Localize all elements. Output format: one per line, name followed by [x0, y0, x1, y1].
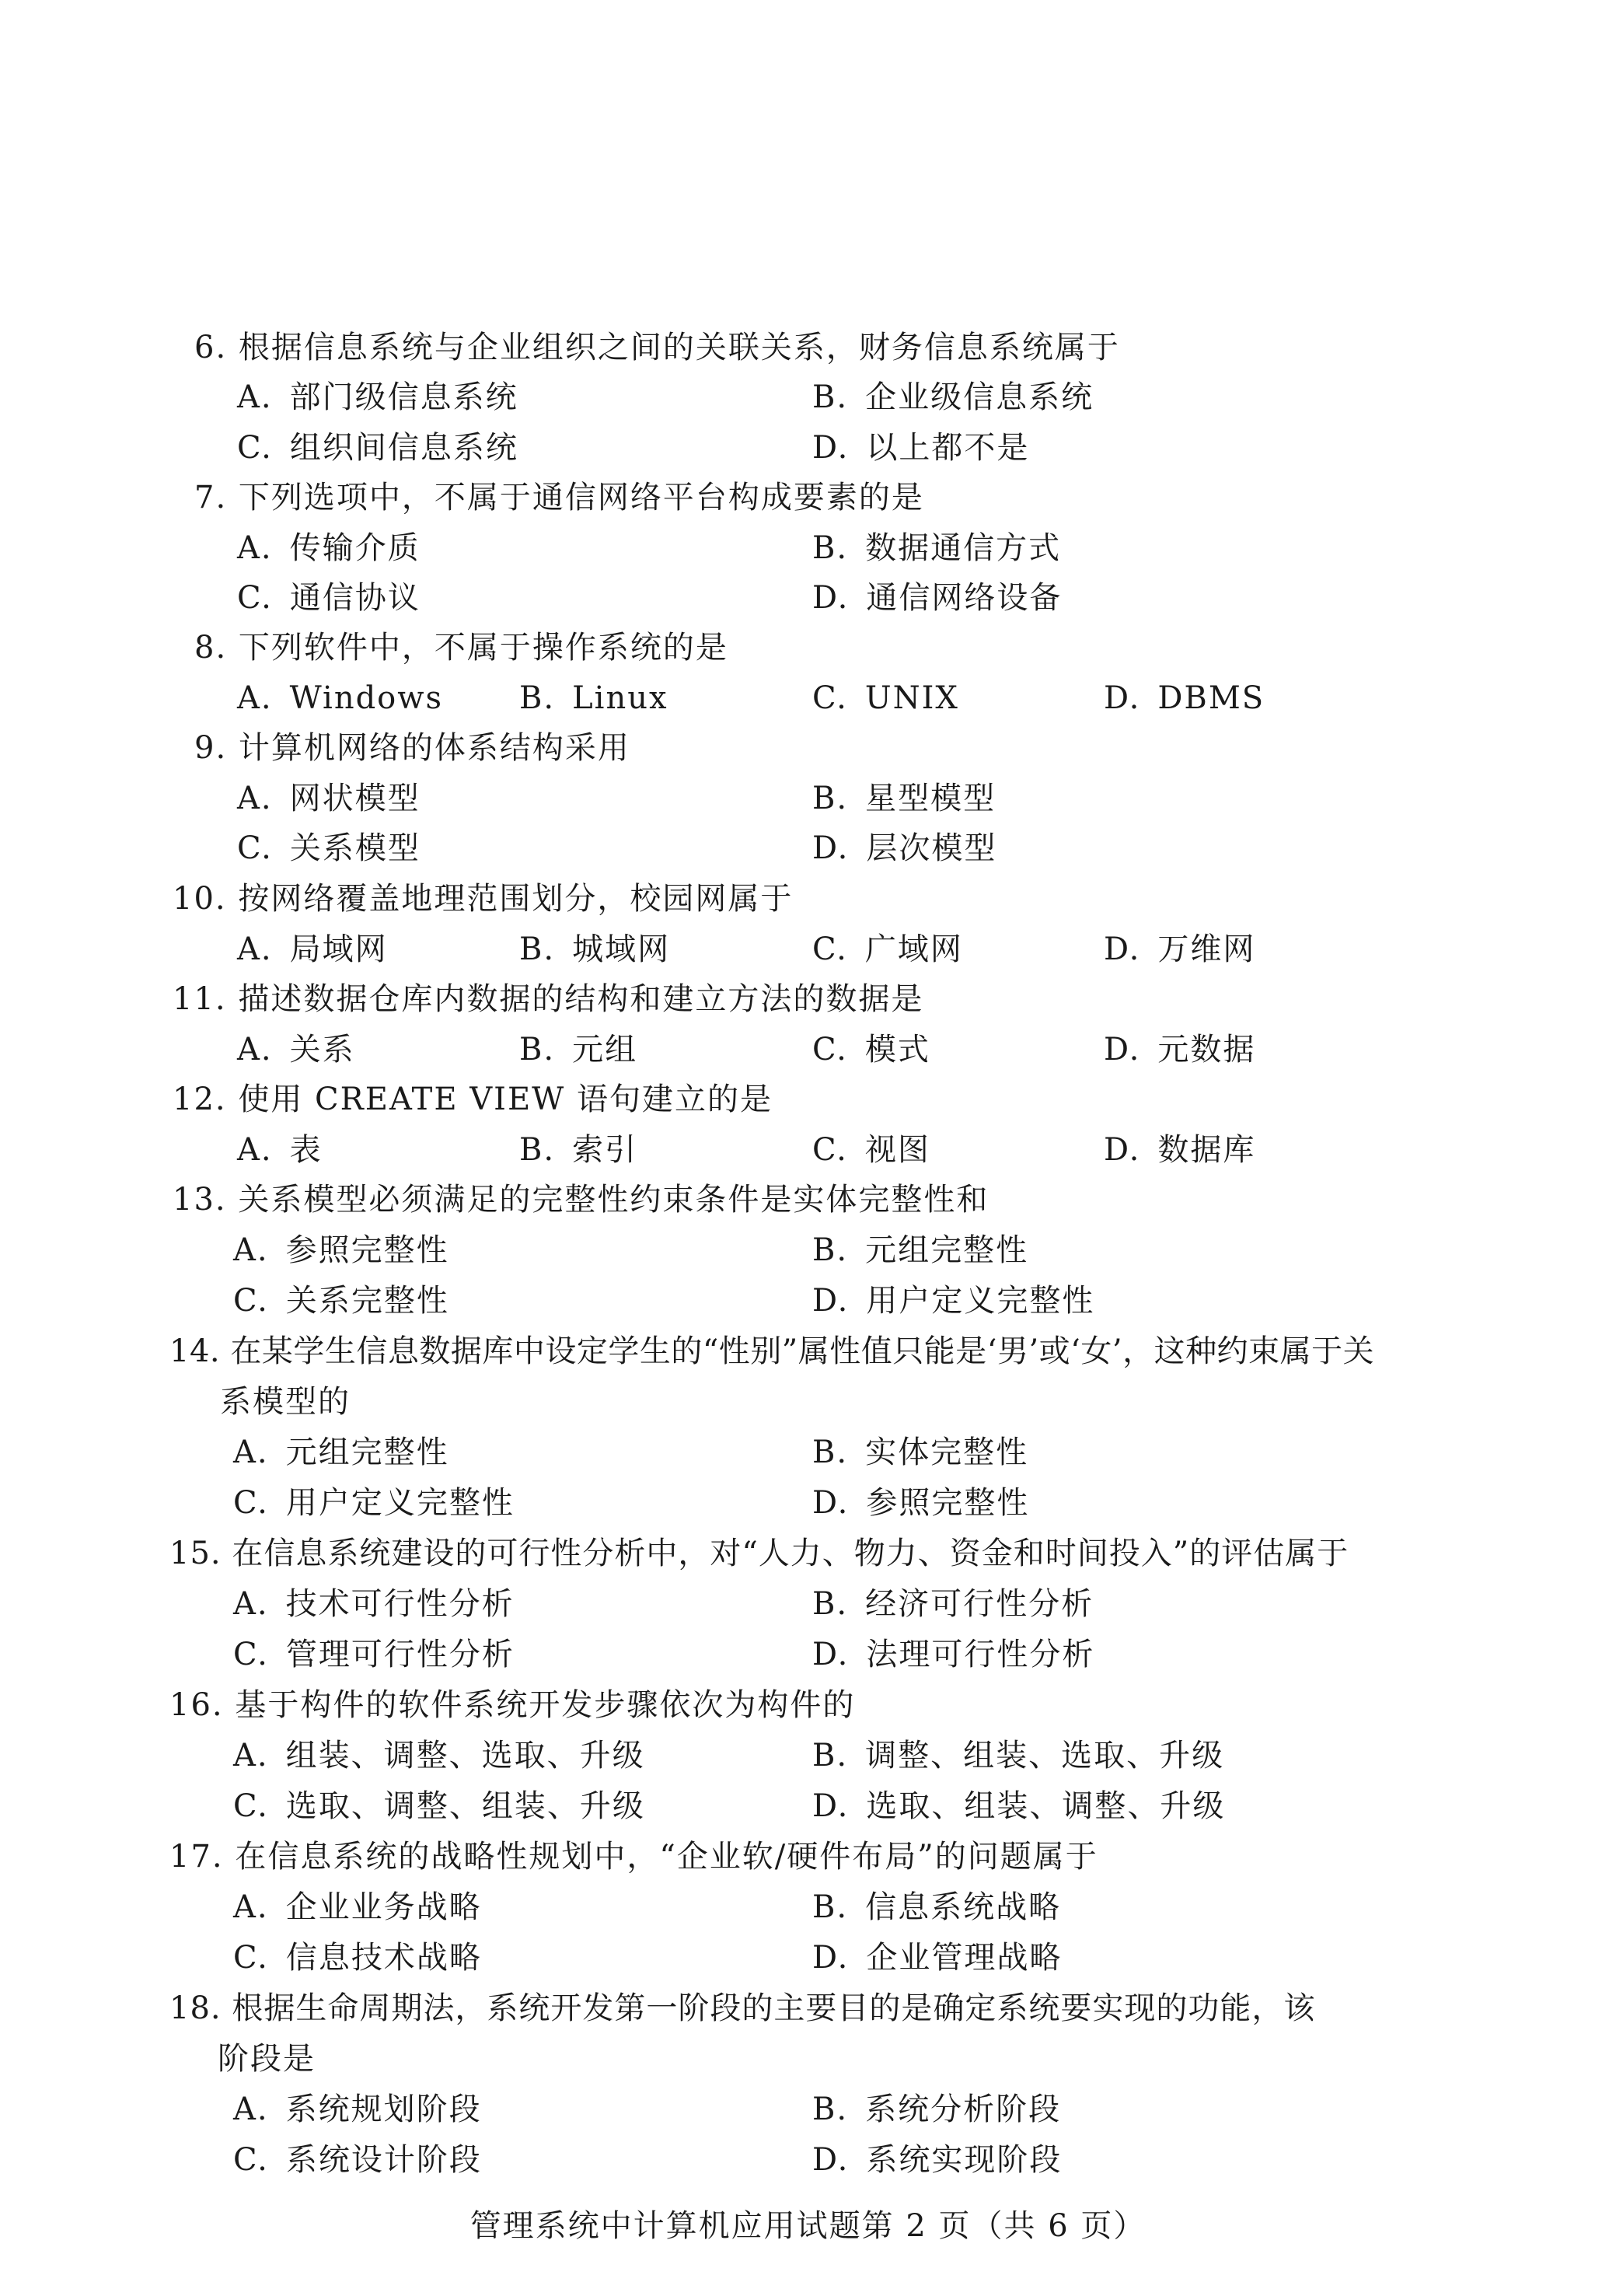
option-c: C.管理可行性分析: [233, 1629, 515, 1680]
option-a: A.局域网: [237, 924, 388, 975]
option-label: C.: [812, 1032, 848, 1068]
option-a: A.表: [237, 1124, 323, 1176]
option-c: C.用户定义完整性: [233, 1477, 515, 1529]
option-c: C.关系模型: [237, 823, 421, 874]
option-text: 管理可行性分析: [286, 1637, 515, 1672]
option-label: C.: [233, 2142, 269, 2178]
option-text: Linux: [572, 680, 668, 716]
question-stem: 基于构件的软件系统开发步骤依次为构件的: [235, 1687, 855, 1723]
option-text: 元组: [572, 1032, 637, 1068]
option-text: 数据通信方式: [865, 530, 1061, 566]
option-text: 信息技术战略: [286, 1940, 482, 1976]
option-label: B.: [812, 2092, 848, 2127]
option-c: C.UNIX: [812, 673, 959, 724]
option-label: C.: [233, 1283, 269, 1319]
question-7: 7. 下列选项中，不属于通信网络平台构成要素的是: [194, 472, 924, 523]
option-label: B.: [812, 379, 848, 415]
option-label: B.: [519, 1132, 555, 1168]
option-text: 企业管理战略: [866, 1940, 1062, 1976]
question-stem: 下列软件中，不属于操作系统的是: [239, 630, 728, 666]
option-b: B.元组: [519, 1024, 637, 1075]
question-number: 17.: [169, 1839, 224, 1875]
option-label: D.: [812, 1283, 849, 1319]
option-text: 城域网: [572, 931, 670, 967]
option-c: C.广域网: [812, 924, 963, 975]
option-a: A.Windows: [237, 673, 443, 724]
option-label: A.: [237, 931, 273, 967]
option-label: C.: [237, 830, 273, 866]
option-label: C.: [812, 1132, 848, 1168]
question-stem: 描述数据仓库内数据的结构和建立方法的数据是: [238, 981, 923, 1017]
page-footer: 管理系统中计算机应用试题第 2 页（共 6 页）: [0, 2200, 1616, 2252]
option-text: 局域网: [290, 931, 388, 967]
option-text: 传输介质: [290, 530, 421, 566]
option-label: B.: [519, 931, 555, 967]
option-text: 法理可行性分析: [866, 1637, 1094, 1672]
option-text: UNIX: [865, 680, 959, 716]
option-d: D.企业管理战略: [812, 1932, 1062, 1983]
option-label: C.: [237, 430, 273, 466]
option-label: D.: [1104, 1132, 1140, 1168]
option-label: A.: [237, 680, 273, 716]
question-stem: 下列选项中，不属于通信网络平台构成要素的是: [239, 480, 924, 515]
option-text: 参照完整性: [286, 1232, 449, 1268]
option-text: 层次模型: [866, 830, 996, 866]
question-14: 14. 在某学生信息数据库中设定学生的“性别”属性值只能是‘男’或‘女’，这种约…: [169, 1326, 1374, 1377]
question-number: 9.: [194, 730, 227, 766]
question-15: 15. 在信息系统建设的可行性分析中，对“人力、物力、资金和时间投入”的评估属于: [169, 1528, 1349, 1579]
option-d: D.万维网: [1104, 924, 1255, 975]
option-c: C.视图: [812, 1124, 930, 1176]
option-b: B.实体完整性: [812, 1427, 1028, 1478]
option-label: A.: [233, 1435, 269, 1470]
option-text: 组织间信息系统: [290, 430, 518, 466]
question-number: 16.: [169, 1687, 224, 1723]
question-number: 12.: [173, 1082, 227, 1117]
question-stem: 在某学生信息数据库中设定学生的“性别”属性值只能是‘男’或‘女’，这种约束属于关: [230, 1333, 1374, 1369]
option-a: A.企业业务战略: [233, 1882, 482, 1933]
option-a: A.关系: [237, 1024, 355, 1075]
option-text: 通信协议: [290, 580, 421, 616]
option-label: D.: [812, 1940, 849, 1976]
option-label: D.: [1104, 680, 1140, 716]
option-label: B.: [812, 530, 848, 566]
question-number: 15.: [169, 1536, 222, 1571]
option-label: A.: [237, 379, 273, 415]
option-text: DBMS: [1157, 680, 1265, 716]
option-label: C.: [233, 1485, 269, 1521]
question-stem: 在信息系统建设的可行性分析中，对“人力、物力、资金和时间投入”的评估属于: [232, 1536, 1349, 1571]
option-label: D.: [812, 1788, 849, 1824]
option-text: 元组完整性: [865, 1232, 1028, 1268]
question-stem: 根据信息系统与企业组织之间的关联关系，财务信息系统属于: [239, 330, 1120, 365]
option-text: 元组完整性: [286, 1435, 449, 1470]
option-a: A.系统规划阶段: [233, 2084, 482, 2135]
option-text: 部门级信息系统: [290, 379, 518, 415]
exam-page: 6. 根据信息系统与企业组织之间的关联关系，财务信息系统属于 A.部门级信息系统…: [0, 0, 1616, 2296]
option-text: 企业级信息系统: [865, 379, 1094, 415]
option-label: C.: [233, 1788, 269, 1824]
option-d: D.法理可行性分析: [812, 1629, 1094, 1680]
option-label: C.: [233, 1940, 269, 1976]
option-text: 选取、调整、组装、升级: [286, 1788, 645, 1824]
question-17: 17. 在信息系统的战略性规划中，“企业软/硬件布局”的问题属于: [169, 1831, 1098, 1882]
option-b: B.Linux: [519, 673, 668, 724]
option-text: 系统设计阶段: [286, 2142, 482, 2178]
question-stem: 计算机网络的体系结构采用: [239, 730, 630, 766]
option-b: B.企业级信息系统: [812, 372, 1094, 423]
option-label: A.: [233, 2092, 269, 2127]
question-number: 13.: [173, 1182, 227, 1218]
option-label: A.: [237, 781, 273, 816]
option-c: C.通信协议: [237, 572, 421, 624]
option-label: D.: [812, 1485, 849, 1521]
option-b: B.经济可行性分析: [812, 1578, 1094, 1630]
option-d: D.选取、组装、调整、升级: [812, 1781, 1225, 1832]
option-text: 用户定义完整性: [866, 1283, 1094, 1319]
option-text: 广域网: [865, 931, 963, 967]
option-text: 技术可行性分析: [286, 1586, 515, 1622]
option-b: B.数据通信方式: [812, 522, 1061, 574]
question-number: 7.: [194, 480, 227, 515]
option-d: D.用户定义完整性: [812, 1275, 1094, 1326]
option-text: 系统规划阶段: [286, 2092, 482, 2127]
option-label: B.: [812, 1586, 848, 1622]
option-d: D.元数据: [1104, 1024, 1255, 1075]
option-text: 系统分析阶段: [865, 2092, 1061, 2127]
question-stem: 在信息系统的战略性规划中，“企业软/硬件布局”的问题属于: [235, 1839, 1098, 1875]
option-a: A.技术可行性分析: [233, 1578, 515, 1630]
option-label: A.: [237, 530, 273, 566]
question-stem-continuation: 阶段是: [218, 2033, 316, 2085]
option-text: 星型模型: [865, 781, 996, 816]
option-text: 实体完整性: [865, 1435, 1028, 1470]
option-text: 关系: [290, 1032, 355, 1068]
option-label: B.: [812, 1738, 848, 1774]
option-label: A.: [233, 1889, 269, 1925]
option-label: C.: [233, 1637, 269, 1672]
question-stem-continuation: 系模型的: [220, 1376, 351, 1428]
option-text: 数据库: [1157, 1132, 1255, 1168]
option-a: A.组装、调整、选取、升级: [233, 1730, 645, 1781]
option-text: 通信网络设备: [866, 580, 1062, 616]
option-text: 网状模型: [290, 781, 421, 816]
option-label: D.: [812, 830, 849, 866]
option-text: 表: [290, 1132, 323, 1168]
option-d: D.系统实现阶段: [812, 2134, 1062, 2186]
option-d: D.DBMS: [1104, 673, 1265, 724]
option-b: B.系统分析阶段: [812, 2084, 1061, 2135]
question-11: 11. 描述数据仓库内数据的结构和建立方法的数据是: [173, 973, 923, 1025]
option-text: 模式: [865, 1032, 930, 1068]
option-label: B.: [519, 1032, 555, 1068]
option-label: D.: [812, 2142, 849, 2178]
option-d: D.数据库: [1104, 1124, 1255, 1176]
option-b: B.调整、组装、选取、升级: [812, 1730, 1224, 1781]
option-label: A.: [233, 1738, 269, 1774]
question-number: 6.: [194, 330, 227, 365]
question-8: 8. 下列软件中，不属于操作系统的是: [194, 622, 728, 673]
option-b: B.星型模型: [812, 773, 996, 824]
option-c: C.组织间信息系统: [237, 422, 518, 474]
option-text: 以上都不是: [866, 430, 1029, 466]
option-label: D.: [812, 1637, 849, 1672]
option-c: C.信息技术战略: [233, 1932, 482, 1983]
option-label: C.: [812, 931, 848, 967]
question-9: 9. 计算机网络的体系结构采用: [194, 722, 630, 774]
option-c: C.系统设计阶段: [233, 2134, 482, 2186]
option-a: A.网状模型: [237, 773, 421, 824]
option-text: 企业业务战略: [286, 1889, 482, 1925]
question-12: 12. 使用 CREATE VIEW 语句建立的是: [173, 1074, 773, 1125]
option-label: A.: [237, 1032, 273, 1068]
option-c: C.选取、调整、组装、升级: [233, 1781, 645, 1832]
option-text: 用户定义完整性: [286, 1485, 515, 1521]
option-label: C.: [237, 580, 273, 616]
option-label: A.: [233, 1586, 269, 1622]
option-label: B.: [812, 1435, 848, 1470]
option-text: 组装、调整、选取、升级: [286, 1738, 645, 1774]
option-label: B.: [812, 1232, 848, 1268]
option-c: C.模式: [812, 1024, 930, 1075]
option-a: A.传输介质: [237, 522, 421, 574]
option-d: D.通信网络设备: [812, 572, 1062, 624]
option-d: D.以上都不是: [812, 422, 1029, 474]
option-text: 参照完整性: [866, 1485, 1029, 1521]
option-text: 索引: [572, 1132, 637, 1168]
option-b: B.城域网: [519, 924, 670, 975]
question-stem: 关系模型必须满足的完整性约束条件是实体完整性和: [238, 1182, 989, 1218]
option-d: D.参照完整性: [812, 1477, 1029, 1529]
option-b: B.信息系统战略: [812, 1882, 1061, 1933]
option-label: B.: [519, 680, 555, 716]
option-label: D.: [812, 580, 849, 616]
option-label: A.: [237, 1132, 273, 1168]
option-label: B.: [812, 781, 848, 816]
option-label: B.: [812, 1889, 848, 1925]
option-b: B.元组完整性: [812, 1225, 1028, 1276]
question-16: 16. 基于构件的软件系统开发步骤依次为构件的: [169, 1679, 855, 1731]
option-text: 视图: [865, 1132, 930, 1168]
question-13: 13. 关系模型必须满足的完整性约束条件是实体完整性和: [173, 1174, 989, 1225]
question-number: 18.: [169, 1990, 222, 2026]
option-text: Windows: [290, 680, 443, 716]
question-stem: 根据生命周期法，系统开发第一阶段的主要目的是确定系统要实现的功能，该: [232, 1990, 1315, 2026]
option-c: C.关系完整性: [233, 1275, 449, 1326]
option-text: 元数据: [1157, 1032, 1255, 1068]
option-label: D.: [1104, 931, 1140, 967]
option-label: C.: [812, 680, 848, 716]
option-label: A.: [233, 1232, 269, 1268]
option-a: A.部门级信息系统: [237, 372, 518, 423]
question-stem: 使用 CREATE VIEW 语句建立的是: [238, 1082, 773, 1117]
option-text: 选取、组装、调整、升级: [866, 1788, 1225, 1824]
option-d: D.层次模型: [812, 823, 996, 874]
option-text: 关系完整性: [286, 1283, 449, 1319]
question-number: 11.: [173, 981, 227, 1017]
option-b: B.索引: [519, 1124, 637, 1176]
option-label: D.: [812, 430, 849, 466]
option-a: A.参照完整性: [233, 1225, 449, 1276]
question-number: 8.: [194, 630, 227, 666]
option-text: 关系模型: [290, 830, 421, 866]
question-stem: 按网络覆盖地理范围划分，校园网属于: [238, 881, 793, 917]
question-number: 14.: [169, 1333, 220, 1369]
option-a: A.元组完整性: [233, 1427, 449, 1478]
option-text: 万维网: [1157, 931, 1255, 967]
question-number: 10.: [173, 881, 227, 917]
option-text: 信息系统战略: [865, 1889, 1061, 1925]
option-text: 调整、组装、选取、升级: [865, 1738, 1224, 1774]
question-18: 18. 根据生命周期法，系统开发第一阶段的主要目的是确定系统要实现的功能，该: [169, 1983, 1315, 2034]
option-label: D.: [1104, 1032, 1140, 1068]
question-6: 6. 根据信息系统与企业组织之间的关联关系，财务信息系统属于: [194, 322, 1120, 373]
question-10: 10. 按网络覆盖地理范围划分，校园网属于: [173, 873, 793, 924]
option-text: 系统实现阶段: [866, 2142, 1062, 2178]
option-text: 经济可行性分析: [865, 1586, 1094, 1622]
